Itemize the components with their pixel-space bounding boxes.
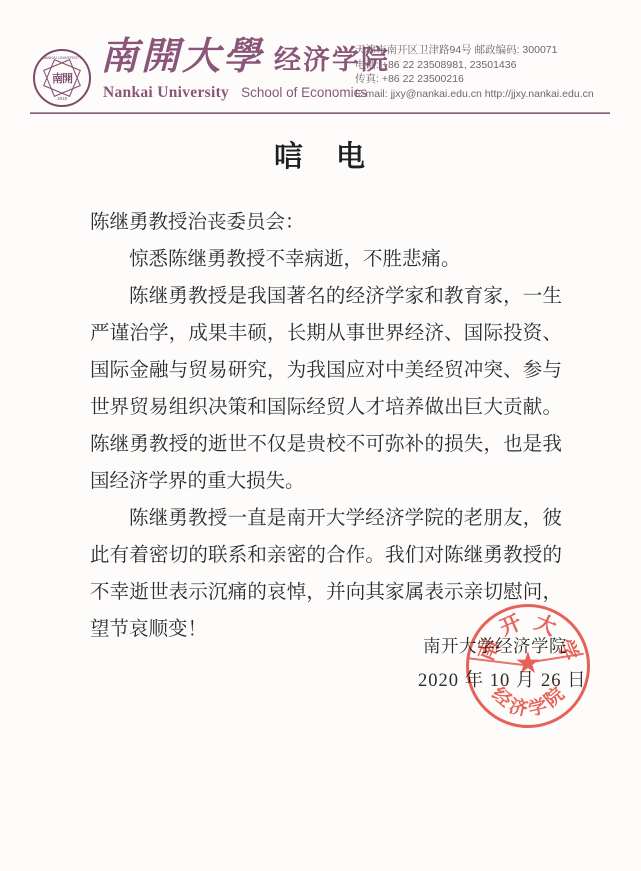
emblem-center-text: 南開 (52, 70, 72, 86)
university-name-english: Nankai University (103, 84, 229, 102)
contact-phone: 电话: +86 22 23508981, 23501436 (355, 58, 635, 73)
salutation: 陈继勇教授治丧委员会： (90, 204, 562, 241)
university-emblem: NANKAI UNIVERSITY 南開 1919 (33, 49, 91, 107)
emblem-circle-icon: NANKAI UNIVERSITY 南開 1919 (33, 49, 91, 107)
contact-block: 天津市南开区卫津路94号 邮政编码: 300071 电话: +86 22 235… (355, 43, 635, 101)
letter-body: 陈继勇教授治丧委员会： 惊悉陈继勇教授不幸病逝，不胜悲痛。 陈继勇教授是我国著名… (90, 204, 562, 648)
contact-email: E-mail: jjxy@nankai.edu.cn http://jjxy.n… (355, 87, 635, 102)
paragraph: 惊悉陈继勇教授不幸病逝，不胜悲痛。 (90, 241, 562, 278)
letterhead-divider (30, 112, 610, 114)
emblem-arc-text: NANKAI UNIVERSITY (35, 55, 89, 60)
letter-page: NANKAI UNIVERSITY 南開 1919 南開大學 经济学院 Nank… (0, 0, 641, 871)
official-seal-stamp: 南 开 大 学 ★ 经 济 学 院 (466, 604, 590, 728)
header-chinese-names: 南開大學 经济学院 (100, 38, 390, 76)
contact-address: 天津市南开区卫津路94号 邮政编码: 300071 (355, 43, 635, 58)
contact-fax: 传真: +86 22 23500216 (355, 72, 635, 87)
university-name-calligraphy: 南開大學 (100, 38, 264, 76)
paragraph: 陈继勇教授是我国著名的经济学家和教育家，一生严谨治学，成果丰硕，长期从事世界经济… (90, 278, 562, 500)
header-english-names: Nankai University School of Economics (103, 84, 367, 102)
letter-title: 唁 电 (0, 134, 641, 175)
school-name-english: School of Economics (241, 85, 367, 100)
emblem-year: 1919 (35, 96, 89, 101)
letterhead: NANKAI UNIVERSITY 南開 1919 南開大學 经济学院 Nank… (0, 0, 641, 120)
